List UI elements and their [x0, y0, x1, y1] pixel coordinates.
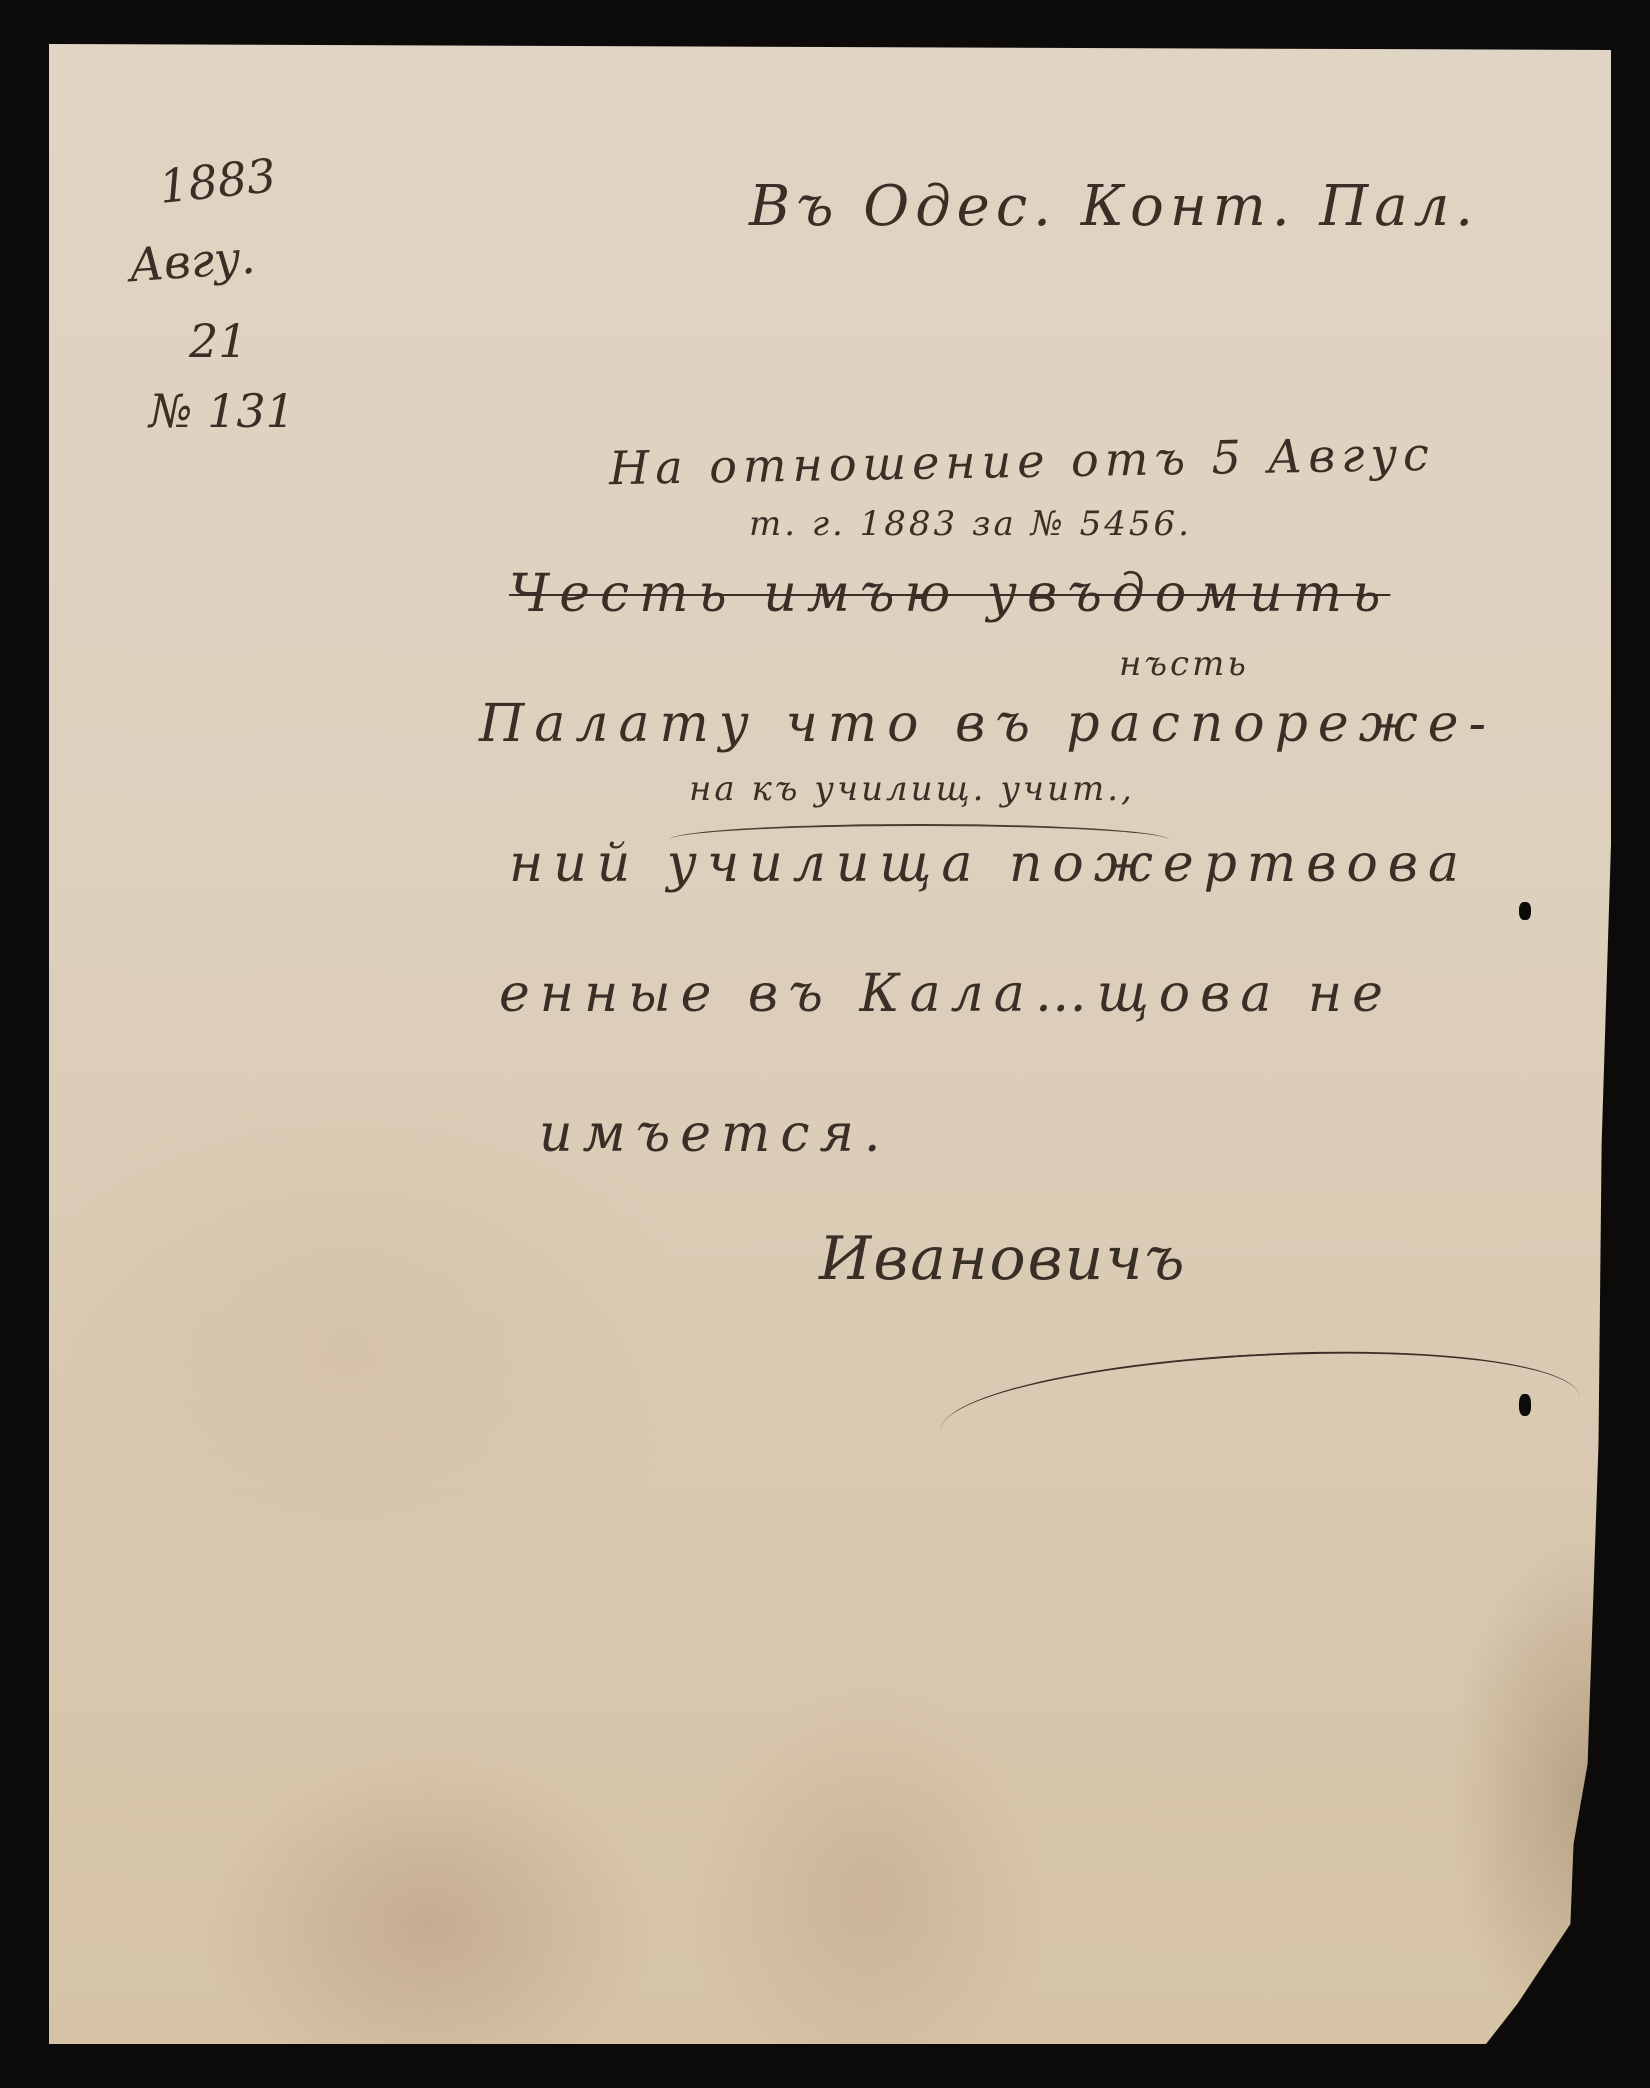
insertion-1: нъсть: [1119, 644, 1249, 684]
struck-line: Честь имъю увъдомить: [509, 564, 1390, 624]
signature-flourish: [938, 1337, 1581, 1442]
reference-line-2: т. г. 1883 за № 5456.: [749, 504, 1192, 544]
body-line-5: имъется.: [539, 1104, 890, 1164]
body-line-3: ний училища пожертвова: [509, 834, 1469, 894]
signature: Ивановичъ: [819, 1224, 1187, 1294]
body-line-2: Палату что въ распореже-: [479, 694, 1496, 754]
addressee: Въ Одес. Конт. Пал.: [749, 174, 1479, 239]
margin-number: № 131: [149, 384, 295, 438]
insertion-2: на къ училищ. учит.,: [689, 769, 1135, 809]
paper-hole: [1519, 1394, 1531, 1416]
document-page: 1883 Авгу. 21 № 131 Въ Одес. Конт. Пал. …: [49, 44, 1611, 2044]
margin-day: 21: [189, 314, 248, 368]
paper-hole: [1519, 902, 1531, 920]
margin-month: Авгу.: [127, 230, 257, 293]
reference-line: На отношение отъ 5 Авгус: [609, 427, 1436, 495]
body-line-4: енные въ Кала…щова не: [499, 964, 1393, 1024]
margin-year: 1883: [156, 148, 278, 214]
